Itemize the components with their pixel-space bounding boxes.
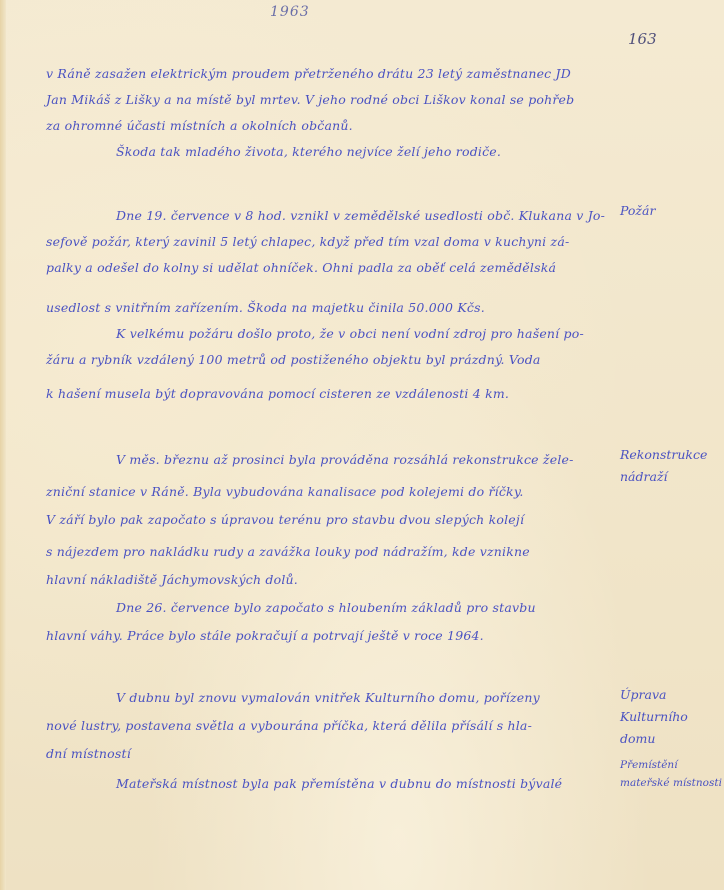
- margin-note-line: Úprava: [620, 684, 688, 706]
- text-line: sefově požár, který zavinil 5 letý chlap…: [46, 234, 569, 249]
- text-line: K velkému požáru došlo proto, že v obci …: [116, 326, 584, 341]
- margin-note-relocation: Přemístění mateřské místnosti: [620, 756, 722, 792]
- text-line: hlavní váhy. Práce bylo stále pokračují …: [46, 628, 484, 643]
- text-line: Jan Mikáš z Lišky a na místě byl mrtev. …: [46, 92, 574, 107]
- text-line: v Ráně zasažen elektrickým proudem přetr…: [46, 66, 571, 81]
- margin-note-culture-house: Úprava Kulturního domu: [620, 684, 688, 750]
- page-number: 163: [628, 30, 657, 48]
- margin-note-fire: Požár: [620, 200, 655, 222]
- margin-note-line: mateřské místnosti: [620, 774, 722, 792]
- text-line: Dne 26. července bylo započato s hlouben…: [116, 600, 536, 615]
- margin-note-station: Rekonstrukce nádraží: [620, 444, 707, 488]
- text-line: za ohromné účasti místních a okolních ob…: [46, 118, 353, 133]
- text-line: Mateřská místnost byla pak přemístěna v …: [116, 776, 562, 791]
- text-line: dní místností: [46, 746, 131, 761]
- text-line: V měs. březnu až prosinci byla prováděna…: [116, 452, 574, 467]
- margin-note-line: domu: [620, 728, 688, 750]
- margin-note-line: Přemístění: [620, 756, 722, 774]
- margin-note-line: Rekonstrukce: [620, 444, 707, 466]
- chronicle-page: 1963 163 v Ráně zasažen elektrickým prou…: [0, 0, 724, 890]
- margin-note-line: Kulturního: [620, 706, 688, 728]
- text-line: s nájezdem pro nakládku rudy a zavážka l…: [46, 544, 530, 559]
- year-heading: 1963: [270, 4, 310, 20]
- text-line: V září bylo pak započato s úpravou terén…: [46, 512, 524, 527]
- text-line: zniční stanice v Ráně. Byla vybudována k…: [46, 484, 524, 499]
- text-line: Dne 19. července v 8 hod. vznikl v zeměd…: [116, 208, 605, 223]
- text-line: palky a odešel do kolny si udělat ohníče…: [46, 260, 556, 275]
- text-line: nové lustry, postavena světla a vybourán…: [46, 718, 532, 733]
- text-line: Škoda tak mladého života, kterého nejvíc…: [116, 144, 501, 159]
- text-line: V dubnu byl znovu vymalován vnitřek Kult…: [116, 690, 540, 705]
- text-line: k hašení musela být dopravována pomocí c…: [46, 386, 509, 401]
- margin-note-line: nádraží: [620, 466, 707, 488]
- text-line: usedlost s vnitřním zařízením. Škoda na …: [46, 300, 485, 315]
- text-line: hlavní nákladiště Jáchymovských dolů.: [46, 572, 298, 587]
- page-edge: [0, 0, 6, 890]
- text-line: žáru a rybník vzdálený 100 metrů od post…: [46, 352, 541, 367]
